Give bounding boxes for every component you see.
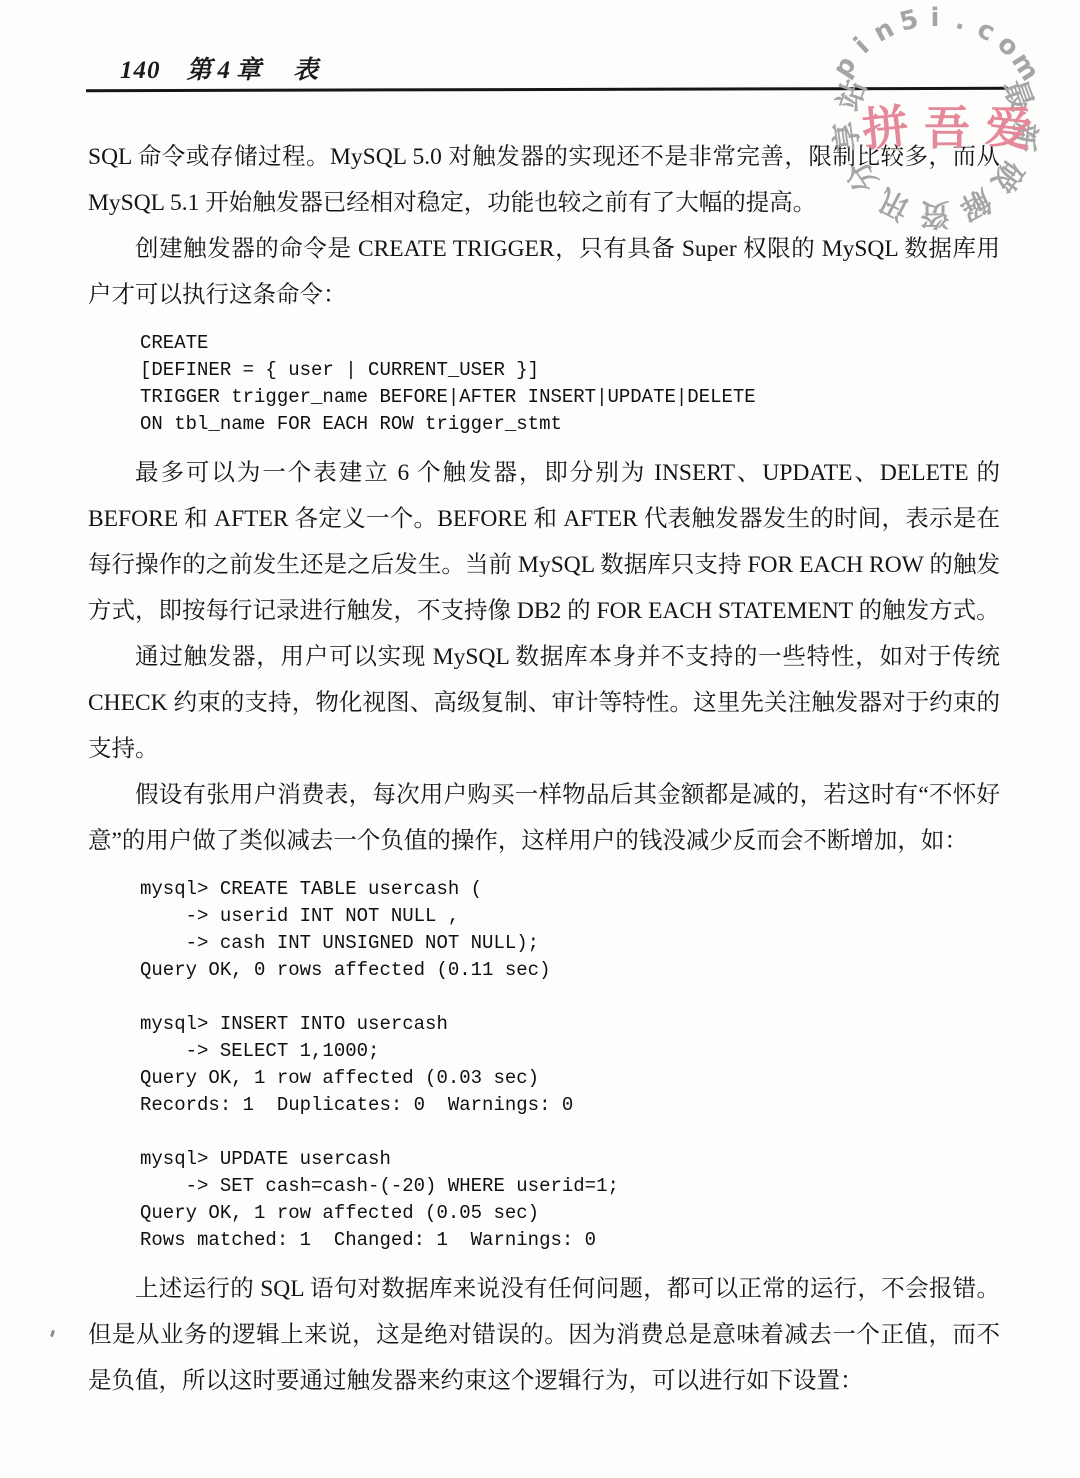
section-title: 表 [293,50,320,86]
paragraph: 最多可以为一个表建立 6 个触发器，即分别为 INSERT、UPDATE、DEL… [88,450,1000,634]
paragraph: 上述运行的 SQL 语句对数据库来说没有任何问题，都可以正常的运行，不会报错。但… [88,1266,1000,1404]
code-block: CREATE [DEFINER = { user | CURRENT_USER … [140,330,1000,438]
watermark-url-letter: m [1005,47,1045,86]
page-body: SQL 命令或存储过程。MySQL 5.0 对触发器的实现还不是非常完善，限制比… [88,134,1000,1404]
watermark-ring-char: 最 [996,72,1048,115]
watermark-url-letter: . [953,6,970,38]
paragraph: SQL 命令或存储过程。MySQL 5.0 对触发器的实现还不是非常完善，限制比… [88,134,1000,226]
watermark-url-letter: c [972,14,1000,48]
code-block: mysql> CREATE TABLE usercash ( -> userid… [140,876,1000,1254]
watermark-ring-char: 站 [823,72,875,115]
watermark-url-letter: p [828,51,863,83]
watermark-url-letter: 5 [896,5,921,39]
paragraph: 假设有张用户消费表，每次用户购买一样物品后其金额都是减的，若这时有“不怀好意”的… [88,772,1000,864]
scan-artifact [50,1330,55,1338]
header-rule [86,87,1008,92]
watermark-url-letter: i [849,32,876,60]
page-number: 140 [120,57,161,85]
chapter-title: 第4章 [187,50,268,86]
watermark-url-letter: n [869,13,900,48]
paragraph: 通过触发器，用户可以实现 MySQL 数据库本身并不支持的一些特性，如对于传统 … [88,634,1000,772]
watermark-url-letter: o [991,29,1024,63]
watermark-url-letter: i [931,3,940,33]
book-page: 140 第4章 表 SQL 命令或存储过程。MySQL 5.0 对触发器的实现还… [0,0,1080,1478]
paragraph: 创建触发器的命令是 CREATE TRIGGER，只有具备 Super 权限的 … [88,226,1000,318]
watermark-ring-char: 新 [1002,119,1050,154]
page-header: 140 第4章 表 [120,50,320,86]
